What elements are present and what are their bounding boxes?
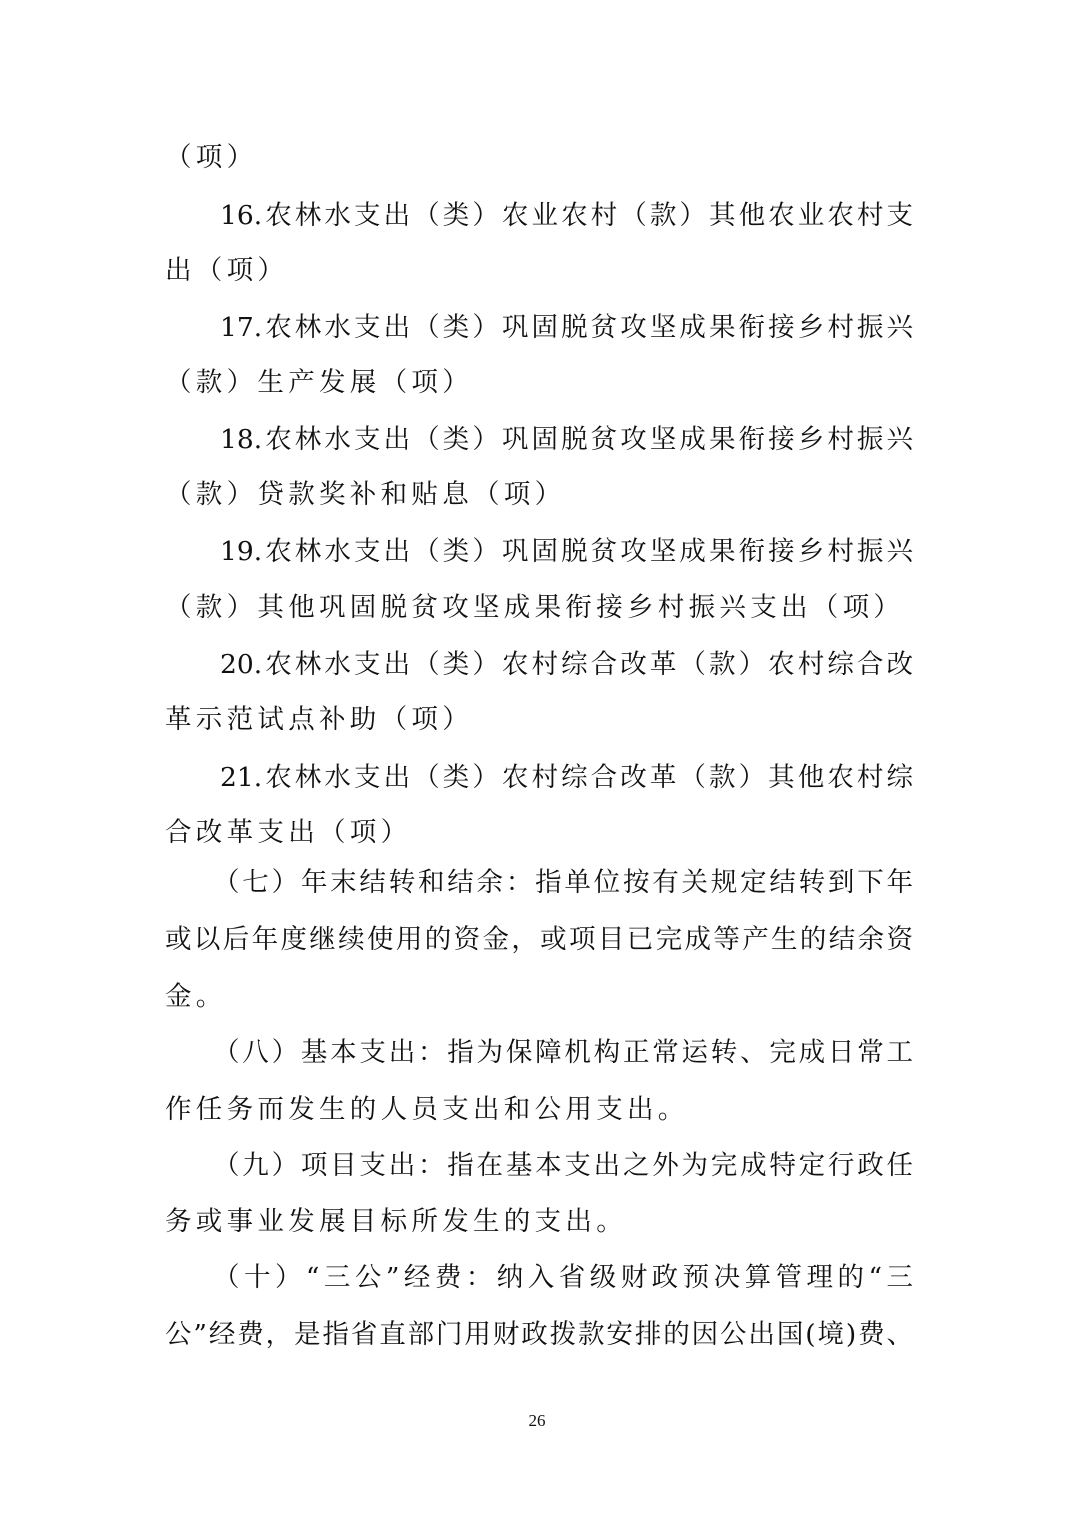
text-line: 务或事业发展目标所发生的支出。 (165, 1207, 913, 1237)
text-line: （十）“三公”经费：纳入省级财政预决算管理的“三 (213, 1263, 913, 1293)
text-line: 或以后年度继续使用的资金，或项目已完成等产生的结余资 (165, 925, 913, 955)
text-line: 合改革支出（项） (165, 818, 913, 848)
text-line: 17.农林水支出（类）巩固脱贫攻坚成果衔接乡村振兴 (220, 313, 913, 343)
text-line: 21.农林水支出（类）农村综合改革（款）其他农村综 (220, 763, 913, 793)
text-line: 金。 (165, 982, 913, 1012)
text-line: （九）项目支出：指在基本支出之外为完成特定行政任 (213, 1151, 913, 1181)
text-line: 18.农林水支出（类）巩固脱贫攻坚成果衔接乡村振兴 (220, 425, 913, 455)
text-line: （款）生产发展（项） (165, 368, 913, 398)
text-line: （款）其他巩固脱贫攻坚成果衔接乡村振兴支出（项） (165, 593, 913, 623)
text-line: （八）基本支出：指为保障机构正常运转、完成日常工 (213, 1038, 913, 1068)
text-line: （项） (165, 143, 913, 173)
text-line: 作任务而发生的人员支出和公用支出。 (165, 1095, 913, 1125)
text-line: 16.农林水支出（类）农业农村（款）其他农业农村支 (220, 201, 913, 231)
text-line: 19.农林水支出（类）巩固脱贫攻坚成果衔接乡村振兴 (220, 537, 913, 567)
text-line: （七）年末结转和结余：指单位按有关规定结转到下年 (213, 868, 913, 898)
text-line: （款）贷款奖补和贴息（项） (165, 480, 913, 510)
text-line: 革示范试点补助（项） (165, 705, 913, 735)
text-line: 公”经费，是指省直部门用财政拨款安排的因公出国(境)费、 (165, 1320, 913, 1350)
text-line: 20.农林水支出（类）农村综合改革（款）农村综合改 (220, 650, 913, 680)
text-line: 出（项） (165, 256, 913, 286)
page-number: 26 (0, 1411, 1074, 1431)
document-page: （项）16.农林水支出（类）农业农村（款）其他农业农村支出（项）17.农林水支出… (0, 0, 1074, 1520)
